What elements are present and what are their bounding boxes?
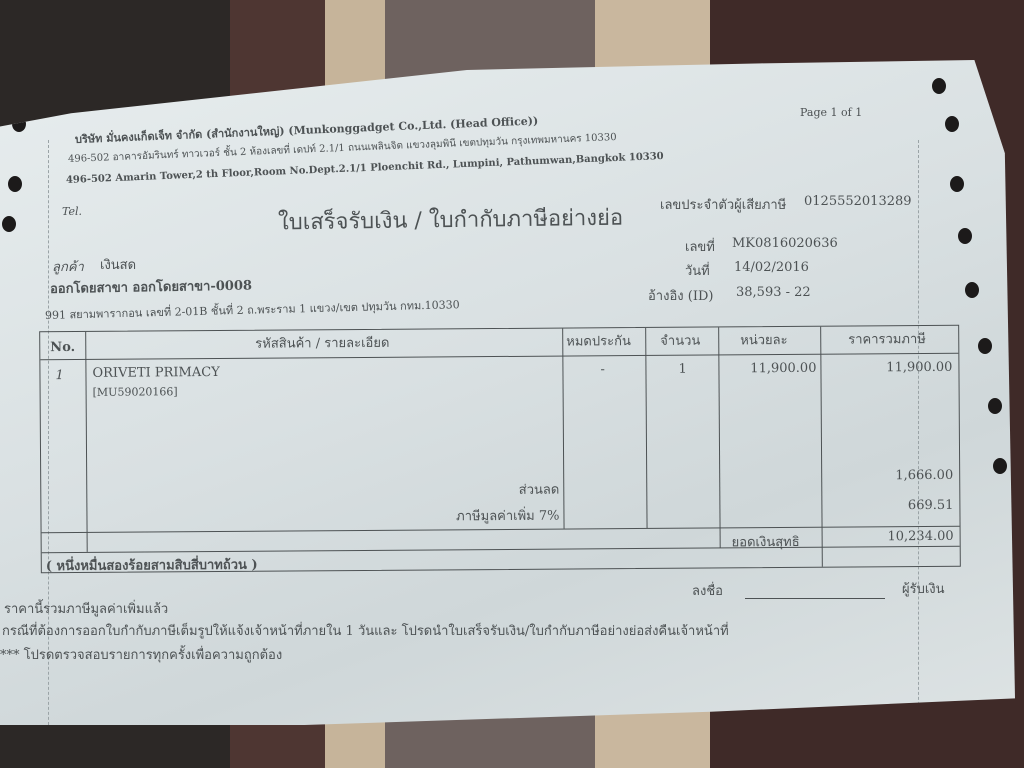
header-unit-price: หน่วยละ [740,329,787,350]
discount-label: ส่วนลด [421,479,559,501]
branch-address: 991 สยามพารากอน เลขที่ 2-01B ชั้นที่ 2 ถ… [45,295,460,324]
perforation-hole [993,458,1007,474]
row-unit-price: 11,900.00 [722,361,816,377]
perforation-hole [965,282,979,298]
signature-label: ลงชื่อ [692,580,723,601]
branch-line: ออกโดยสาขา ออกโดยสาขา-0008 [50,274,252,299]
perforation-hole [958,228,972,244]
vat-included-note: ราคานี้รวมภาษีมูลค่าเพิ่มแล้ว [4,598,168,619]
header-quantity: จำนวน [660,330,700,351]
row-no: 1 [55,368,63,383]
header-warranty: หมดประกัน [566,330,631,351]
vat-value: 669.51 [825,498,953,514]
row-quantity: 1 [678,362,686,377]
header-total: ราคารวมภาษี [848,328,926,350]
discount-value: 1,666.00 [825,468,953,484]
row-warranty: - [600,362,605,377]
signature-line [745,598,885,599]
page-indicator: Page 1 of 1 [800,106,862,119]
row-total: 11,900.00 [824,360,952,376]
reference-label: อ้างอิง (ID) [648,285,713,306]
doc-number: MK0816020636 [732,236,838,251]
net-total-value: 10,234.00 [826,529,954,545]
row-description: ORIVETI PRIMACY [92,365,219,381]
perforation-hole [2,216,16,232]
items-table: No. รหัสสินค้า / รายละเอียด หมดประกัน จำ… [39,325,961,573]
header-no: No. [50,340,75,355]
doc-number-label: เลขที่ [685,236,715,257]
perforation-hole [978,338,992,354]
perforation-hole [932,78,946,94]
perforation-hole [950,176,964,192]
tax-id-label: เลขประจำตัวผู้เสียภาษี [660,194,786,215]
amount-in-words: ( หนึ่งหมื่นสองร้อยสามสิบสี่บาทถ้วน ) [46,554,258,576]
perforation-hole [945,116,959,132]
customer-label: ลูกค้า [52,256,84,277]
row-code: [MU59020166] [93,385,178,399]
header-description: รหัสสินค้า / รายละเอียด [255,332,389,354]
receiver-label: ผู้รับเงิน [902,578,945,599]
receipt-paper: Page 1 of 1 บริษัท มั่นคงแก็ดเจ็ท จำกัด … [0,60,1015,725]
vat-label: ภาษีมูลค่าเพิ่ม 7% [421,505,559,527]
tel-label: Tel. [62,205,82,218]
customer-value: เงินสด [100,254,136,275]
full-tax-invoice-note: กรณีที่ต้องการออกใบกำกับภาษีเต็มรูปให้แจ… [2,620,729,641]
tax-id: 0125552013289 [804,194,912,209]
net-total-label: ยอดเงินสุทธิ [732,531,800,552]
perforation-hole [8,176,22,192]
reference-value: 38,593 - 22 [736,285,811,300]
document-title: ใบเสร็จรับเงิน / ใบกำกับภาษีอย่างย่อ [278,200,624,240]
date-value: 14/02/2016 [734,260,809,275]
check-note: *** โปรดตรวจสอบรายการทุกครั้งเพื่อความถู… [0,644,282,665]
date-label: วันที่ [685,260,710,281]
perforation-hole [988,398,1002,414]
